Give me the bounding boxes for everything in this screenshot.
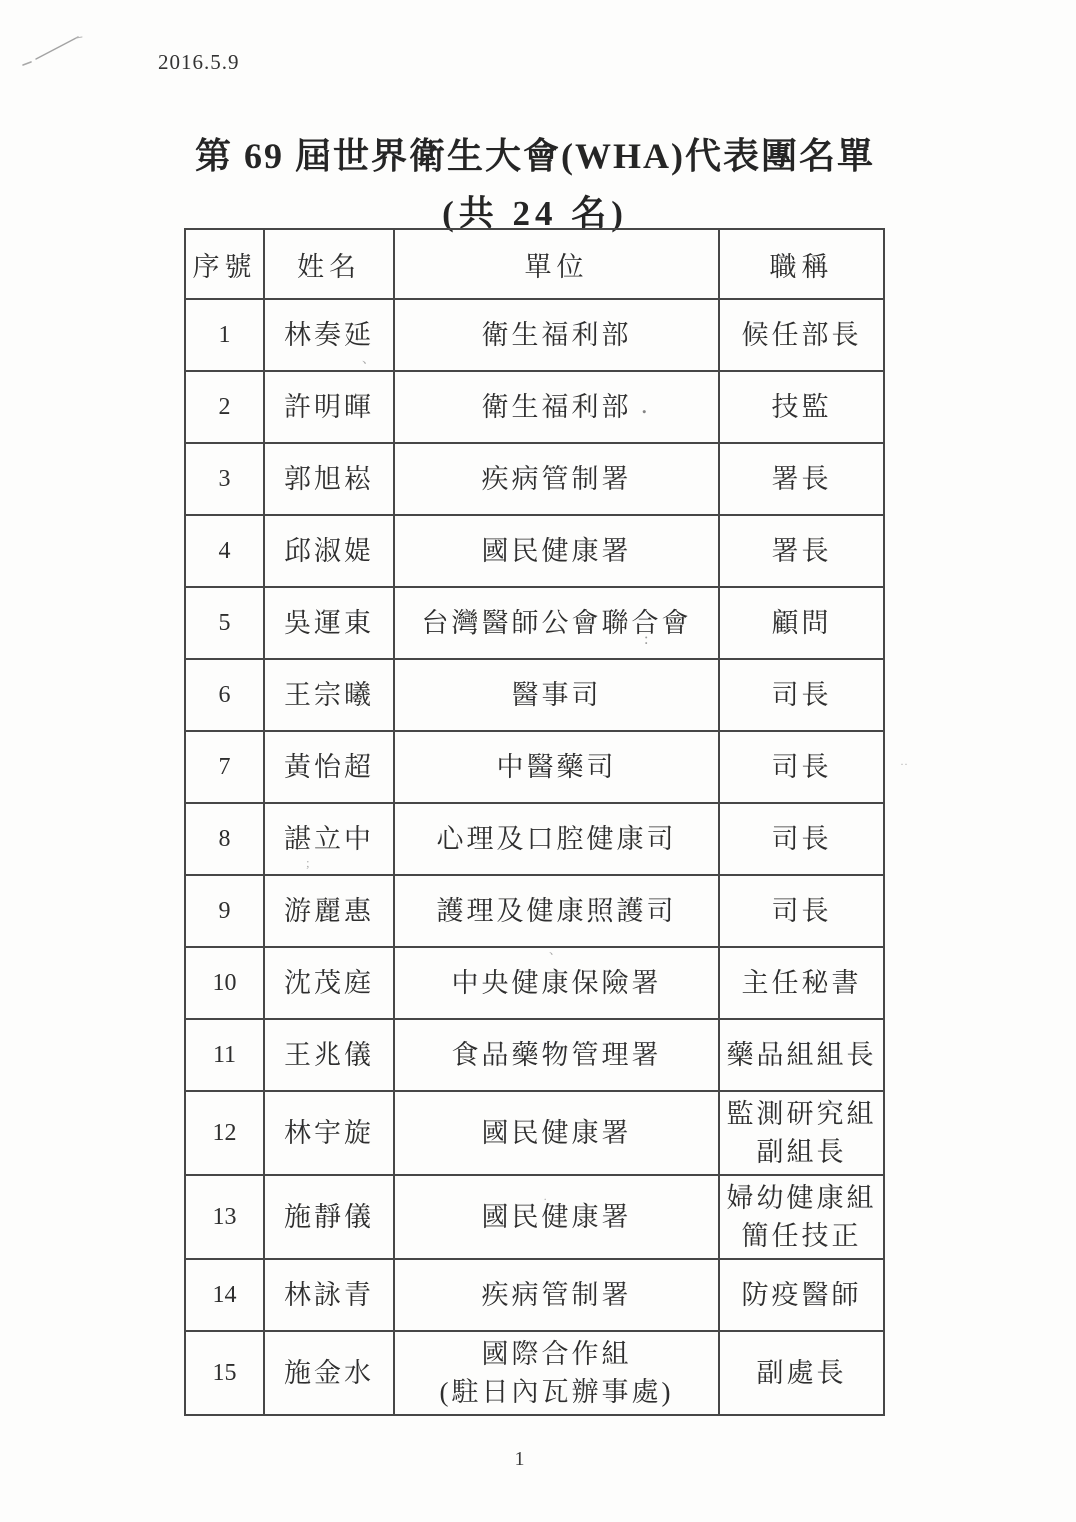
header-row: 序號姓名單位職稱 [185, 229, 884, 299]
cell-title: 署長 [719, 515, 884, 587]
table-row: 7黃怡超中醫藥司司長 [185, 731, 884, 803]
cell-text: 15 [190, 1354, 259, 1392]
cell-text: 11 [190, 1036, 259, 1074]
cell-unit: 衛生福利部 [394, 371, 719, 443]
cell-text: 司長 [724, 892, 879, 930]
cell-name: 王兆儀 [264, 1019, 394, 1091]
cell-name: 吳運東 [264, 587, 394, 659]
cell-title: 主任秘書 [719, 947, 884, 1019]
cell-text: 邱淑媞 [269, 532, 389, 570]
cell-text: 2 [190, 388, 259, 426]
cell-no: 8 [185, 803, 264, 875]
cell-text: 疾病管制署 [399, 460, 714, 498]
cell-unit: 疾病管制署 [394, 1259, 719, 1331]
cell-name: 林奏延 [264, 299, 394, 371]
table-row: 9游麗惠護理及健康照護司司長 [185, 875, 884, 947]
column-header-0: 序號 [185, 229, 264, 299]
cell-unit: 中央健康保險署 [394, 947, 719, 1019]
cell-text: 護理及健康照護司 [399, 892, 714, 930]
cell-no: 7 [185, 731, 264, 803]
cell-name: 諶立中 [264, 803, 394, 875]
cell-text: 心理及口腔健康司 [399, 820, 714, 858]
cell-text: 沈茂庭 [269, 964, 389, 1002]
cell-name: 施金水 [264, 1331, 394, 1415]
cell-title: 監測研究組副組長 [719, 1091, 884, 1175]
cell-no: 6 [185, 659, 264, 731]
cell-text: 防疫醫師 [724, 1276, 879, 1314]
cell-name: 游麗惠 [264, 875, 394, 947]
cell-text: 副組長 [724, 1133, 879, 1171]
cell-text: 郭旭崧 [269, 460, 389, 498]
table-row: 10沈茂庭中央健康保險署主任秘書 [185, 947, 884, 1019]
table-row: 6王宗曦醫事司司長 [185, 659, 884, 731]
cell-title: 婦幼健康組簡任技正 [719, 1175, 884, 1259]
cell-name: 郭旭崧 [264, 443, 394, 515]
cell-text: 7 [190, 748, 259, 786]
table-row: 15施金水國際合作組(駐日內瓦辦事處)副處長 [185, 1331, 884, 1415]
cell-text: 簡任技正 [724, 1217, 879, 1255]
cell-text: 游麗惠 [269, 892, 389, 930]
cell-text: 國民健康署 [399, 1114, 714, 1152]
cell-name: 許明暉 [264, 371, 394, 443]
pen-scribble-mark [16, 26, 100, 74]
table-row: 13施靜儀國民健康署婦幼健康組簡任技正 [185, 1175, 884, 1259]
cell-no: 4 [185, 515, 264, 587]
cell-text: 國民健康署 [399, 1198, 714, 1236]
cell-unit: 護理及健康照護司 [394, 875, 719, 947]
cell-title: 司長 [719, 803, 884, 875]
cell-text: 林宇旋 [269, 1114, 389, 1152]
cell-text: 10 [190, 964, 259, 1002]
cell-text: 國民健康署 [399, 532, 714, 570]
cell-text: 藥品組組長 [724, 1036, 879, 1074]
cell-text: 林詠青 [269, 1276, 389, 1314]
cell-no: 3 [185, 443, 264, 515]
table-row: 2許明暉衛生福利部技監 [185, 371, 884, 443]
cell-text: 5 [190, 604, 259, 642]
delegation-table-body: 1林奏延衛生福利部候任部長2許明暉衛生福利部技監3郭旭崧疾病管制署署長4邱淑媞國… [185, 299, 884, 1415]
page-number: 1 [170, 1448, 869, 1471]
cell-text: 13 [190, 1198, 259, 1236]
cell-text: 3 [190, 460, 259, 498]
scanned-document-page: { "page": { "date": "2016.5.9", "title_l… [0, 0, 1076, 1522]
cell-text: 副處長 [724, 1354, 879, 1392]
cell-unit: 衛生福利部 [394, 299, 719, 371]
cell-no: 2 [185, 371, 264, 443]
cell-text: 林奏延 [269, 316, 389, 354]
table-row: 11王兆儀食品藥物管理署藥品組組長 [185, 1019, 884, 1091]
cell-text: 司長 [724, 820, 879, 858]
cell-unit: 疾病管制署 [394, 443, 719, 515]
cell-unit: 國民健康署 [394, 1175, 719, 1259]
cell-title: 司長 [719, 659, 884, 731]
cell-unit: 食品藥物管理署 [394, 1019, 719, 1091]
cell-name: 黃怡超 [264, 731, 394, 803]
table-row: 14林詠青疾病管制署防疫醫師 [185, 1259, 884, 1331]
cell-title: 藥品組組長 [719, 1019, 884, 1091]
cell-title: 防疫醫師 [719, 1259, 884, 1331]
cell-text: 司長 [724, 748, 879, 786]
cell-text: 署長 [724, 460, 879, 498]
cell-text: 14 [190, 1276, 259, 1314]
table-row: 8諶立中心理及口腔健康司司長 [185, 803, 884, 875]
cell-text: 9 [190, 892, 259, 930]
cell-text: 食品藥物管理署 [399, 1036, 714, 1074]
cell-no: 13 [185, 1175, 264, 1259]
cell-text: 中醫藥司 [399, 748, 714, 786]
cell-text: 司長 [724, 676, 879, 714]
delegation-table: 序號姓名單位職稱 1林奏延衛生福利部候任部長2許明暉衛生福利部技監3郭旭崧疾病管… [184, 228, 885, 1416]
column-header-1: 姓名 [264, 229, 394, 299]
cell-no: 11 [185, 1019, 264, 1091]
cell-text: 疾病管制署 [399, 1276, 714, 1314]
cell-text: 許明暉 [269, 388, 389, 426]
cell-text: 吳運東 [269, 604, 389, 642]
table-row: 3郭旭崧疾病管制署署長 [185, 443, 884, 515]
cell-text: 候任部長 [724, 316, 879, 354]
cell-title: 技監 [719, 371, 884, 443]
cell-text: 施金水 [269, 1354, 389, 1392]
cell-text: 1 [190, 316, 259, 354]
cell-text: 署長 [724, 532, 879, 570]
cell-title: 司長 [719, 731, 884, 803]
cell-unit: 國際合作組(駐日內瓦辦事處) [394, 1331, 719, 1415]
table-row: 4邱淑媞國民健康署署長 [185, 515, 884, 587]
document-date: 2016.5.9 [158, 50, 240, 75]
delegation-table-header: 序號姓名單位職稱 [185, 229, 884, 299]
cell-title: 副處長 [719, 1331, 884, 1415]
table-row: 5吳運東台灣醫師公會聯合會顧問 [185, 587, 884, 659]
cell-text: 衛生福利部 [399, 388, 714, 426]
cell-text: 顧問 [724, 604, 879, 642]
cell-name: 林詠青 [264, 1259, 394, 1331]
document-title: 第 69 屆世界衛生大會(WHA)代表團名單 (共 24 名) [150, 128, 920, 236]
cell-text: 12 [190, 1114, 259, 1152]
cell-text: 王宗曦 [269, 676, 389, 714]
cell-text: 諶立中 [269, 820, 389, 858]
cell-no: 12 [185, 1091, 264, 1175]
cell-no: 9 [185, 875, 264, 947]
cell-text: 4 [190, 532, 259, 570]
document-title-line1: 第 69 屆世界衛生大會(WHA)代表團名單 [150, 128, 920, 179]
cell-unit: 中醫藥司 [394, 731, 719, 803]
cell-no: 15 [185, 1331, 264, 1415]
cell-text: 中央健康保險署 [399, 964, 714, 1002]
cell-text: 衛生福利部 [399, 316, 714, 354]
cell-text: 6 [190, 676, 259, 714]
cell-text: 國際合作組 [399, 1335, 714, 1373]
cell-text: (駐日內瓦辦事處) [399, 1373, 714, 1411]
cell-text: 台灣醫師公會聯合會 [399, 604, 714, 642]
cell-text: 黃怡超 [269, 748, 389, 786]
cell-unit: 台灣醫師公會聯合會 [394, 587, 719, 659]
cell-unit: 國民健康署 [394, 515, 719, 587]
cell-unit: 心理及口腔健康司 [394, 803, 719, 875]
cell-text: 婦幼健康組 [724, 1179, 879, 1217]
cell-text: 8 [190, 820, 259, 858]
cell-text: 施靜儀 [269, 1198, 389, 1236]
cell-name: 林宇旋 [264, 1091, 394, 1175]
cell-no: 1 [185, 299, 264, 371]
cell-name: 沈茂庭 [264, 947, 394, 1019]
cell-no: 5 [185, 587, 264, 659]
cell-name: 王宗曦 [264, 659, 394, 731]
cell-title: 司長 [719, 875, 884, 947]
scan-artifact: ·· [900, 758, 908, 770]
cell-text: 醫事司 [399, 676, 714, 714]
cell-name: 施靜儀 [264, 1175, 394, 1259]
cell-text: 監測研究組 [724, 1095, 879, 1133]
cell-no: 14 [185, 1259, 264, 1331]
cell-text: 主任秘書 [724, 964, 879, 1002]
cell-no: 10 [185, 947, 264, 1019]
table-row: 12林宇旋國民健康署監測研究組副組長 [185, 1091, 884, 1175]
cell-unit: 醫事司 [394, 659, 719, 731]
cell-text: 技監 [724, 388, 879, 426]
cell-title: 署長 [719, 443, 884, 515]
cell-title: 顧問 [719, 587, 884, 659]
cell-unit: 國民健康署 [394, 1091, 719, 1175]
cell-title: 候任部長 [719, 299, 884, 371]
cell-name: 邱淑媞 [264, 515, 394, 587]
column-header-2: 單位 [394, 229, 719, 299]
table-row: 1林奏延衛生福利部候任部長 [185, 299, 884, 371]
cell-text: 王兆儀 [269, 1036, 389, 1074]
column-header-3: 職稱 [719, 229, 884, 299]
